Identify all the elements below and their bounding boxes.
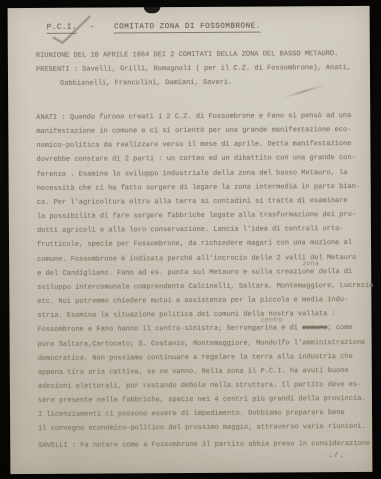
org-name: P.C.I.	[47, 24, 77, 34]
paper-edge-notch	[144, 5, 161, 13]
attendees-line-2: Gabbianelli, Francolini, Damiani, Saveri…	[36, 75, 351, 91]
typed-line: il convegno economico-politico del pross…	[38, 420, 362, 436]
document-header: P.C.I.-COMITATO ZONA DI FOSSOMBRONE.	[47, 23, 261, 32]
typed-text: ; come	[327, 324, 352, 332]
document-page: P.C.I.-COMITATO ZONA DI FOSSOMBRONE. RIU…	[8, 6, 373, 474]
attendees-line-1: PRESENTI : Savelli, Grilli, Romagnoli ( …	[36, 61, 351, 77]
header-separator: -	[90, 24, 95, 32]
photo-backdrop: P.C.I.-COMITATO ZONA DI FOSSOMBRONE. RIU…	[0, 0, 381, 479]
continuation-mark: ./.	[328, 452, 345, 460]
meeting-info: RIUNIONE DEL 10 APRILE 1964 DEI 2 COMITA…	[36, 47, 351, 92]
minutes-body: ANATI : Quando furono creati i 2 C.Z. di…	[36, 109, 362, 437]
handwritten-correction: zona	[303, 257, 319, 271]
closing-speaker-line: SAVELLI : Fa notare come a Fossombrone i…	[38, 440, 370, 450]
handwritten-correction: centro	[261, 314, 283, 328]
document-title: COMITATO ZONA DI FOSSOMBRONE.	[114, 23, 261, 34]
struck-word: comune	[302, 325, 327, 333]
